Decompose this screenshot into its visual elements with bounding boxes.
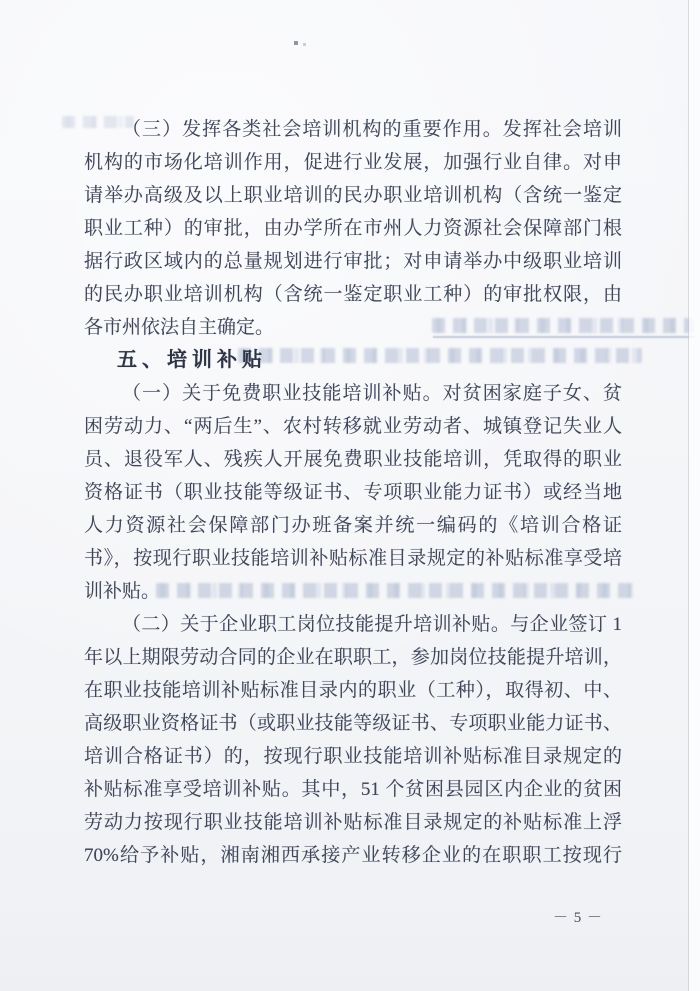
text-line: 的民办职业培训机构（含统一鉴定职业工种）的审批权限，由 xyxy=(84,278,622,311)
paper-edge-line xyxy=(688,0,689,991)
page-number: － 5 － xyxy=(538,906,618,927)
ink-speck xyxy=(303,43,306,46)
text-line: 年以上期限劳动合同的企业在职职工，参加岗位技能提升培训， xyxy=(84,641,622,674)
text-line: 训补贴。 xyxy=(84,575,622,608)
text-line: 请举办高级及以上职业培训的民办职业培训机构（含统一鉴定 xyxy=(84,179,622,212)
text-line: 书》，按现行职业技能培训补贴标准目录规定的补贴标准享受培 xyxy=(84,542,622,575)
text-line: （一）关于免费职业技能培训补贴。对贫困家庭子女、贫 xyxy=(84,377,622,410)
text-line: 补贴标准享受培训补贴。其中，51 个贫困县园区内企业的贫困 xyxy=(84,773,622,806)
text-line: 据行政区域内的总量规划进行审批；对申请举办中级职业培训 xyxy=(84,245,622,278)
ink-speck xyxy=(294,41,298,45)
section-heading: 五、培训补贴 xyxy=(84,344,622,377)
paper-edge xyxy=(689,0,700,991)
text-line: 高级职业资格证书（或职业技能等级证书、专项职业能力证书、 xyxy=(84,707,622,740)
text-line: 劳动力按现行职业技能培训补贴标准目录规定的补贴标准上浮 xyxy=(84,806,622,839)
text-line: 在职业技能培训补贴标准目录内的职业（工种），取得初、中、 xyxy=(84,674,622,707)
text-line: 员、退役军人、残疾人开展免费职业技能培训，凭取得的职业 xyxy=(84,443,622,476)
text-line: 困劳动力、“两后生”、农村转移就业劳动者、城镇登记失业人 xyxy=(84,410,622,443)
text-line: 资格证书（职业技能等级证书、专项职业能力证书）或经当地 xyxy=(84,476,622,509)
text-line: （三）发挥各类社会培训机构的重要作用。发挥社会培训 xyxy=(84,113,622,146)
text-line: 培训合格证书）的，按现行职业技能培训补贴标准目录规定的 xyxy=(84,740,622,773)
text-line: 70%给予补贴，湘南湘西承接产业转移企业的在职职工按现行 xyxy=(84,839,622,872)
text-line: 职业工种）的审批，由办学所在市州人力资源社会保障部门根 xyxy=(84,212,622,245)
text-line: （二）关于企业职工岗位技能提升培训补贴。与企业签订 1 xyxy=(84,608,622,641)
text-line: 机构的市场化培训作用，促进行业发展，加强行业自律。对申 xyxy=(84,146,622,179)
document-text-block: （三）发挥各类社会培训机构的重要作用。发挥社会培训 机构的市场化培训作用，促进行… xyxy=(84,113,622,872)
text-line: 各市州依法自主确定。 xyxy=(84,311,622,344)
text-line: 人力资源社会保障部门办班备案并统一编码的《培训合格证 xyxy=(84,509,622,542)
